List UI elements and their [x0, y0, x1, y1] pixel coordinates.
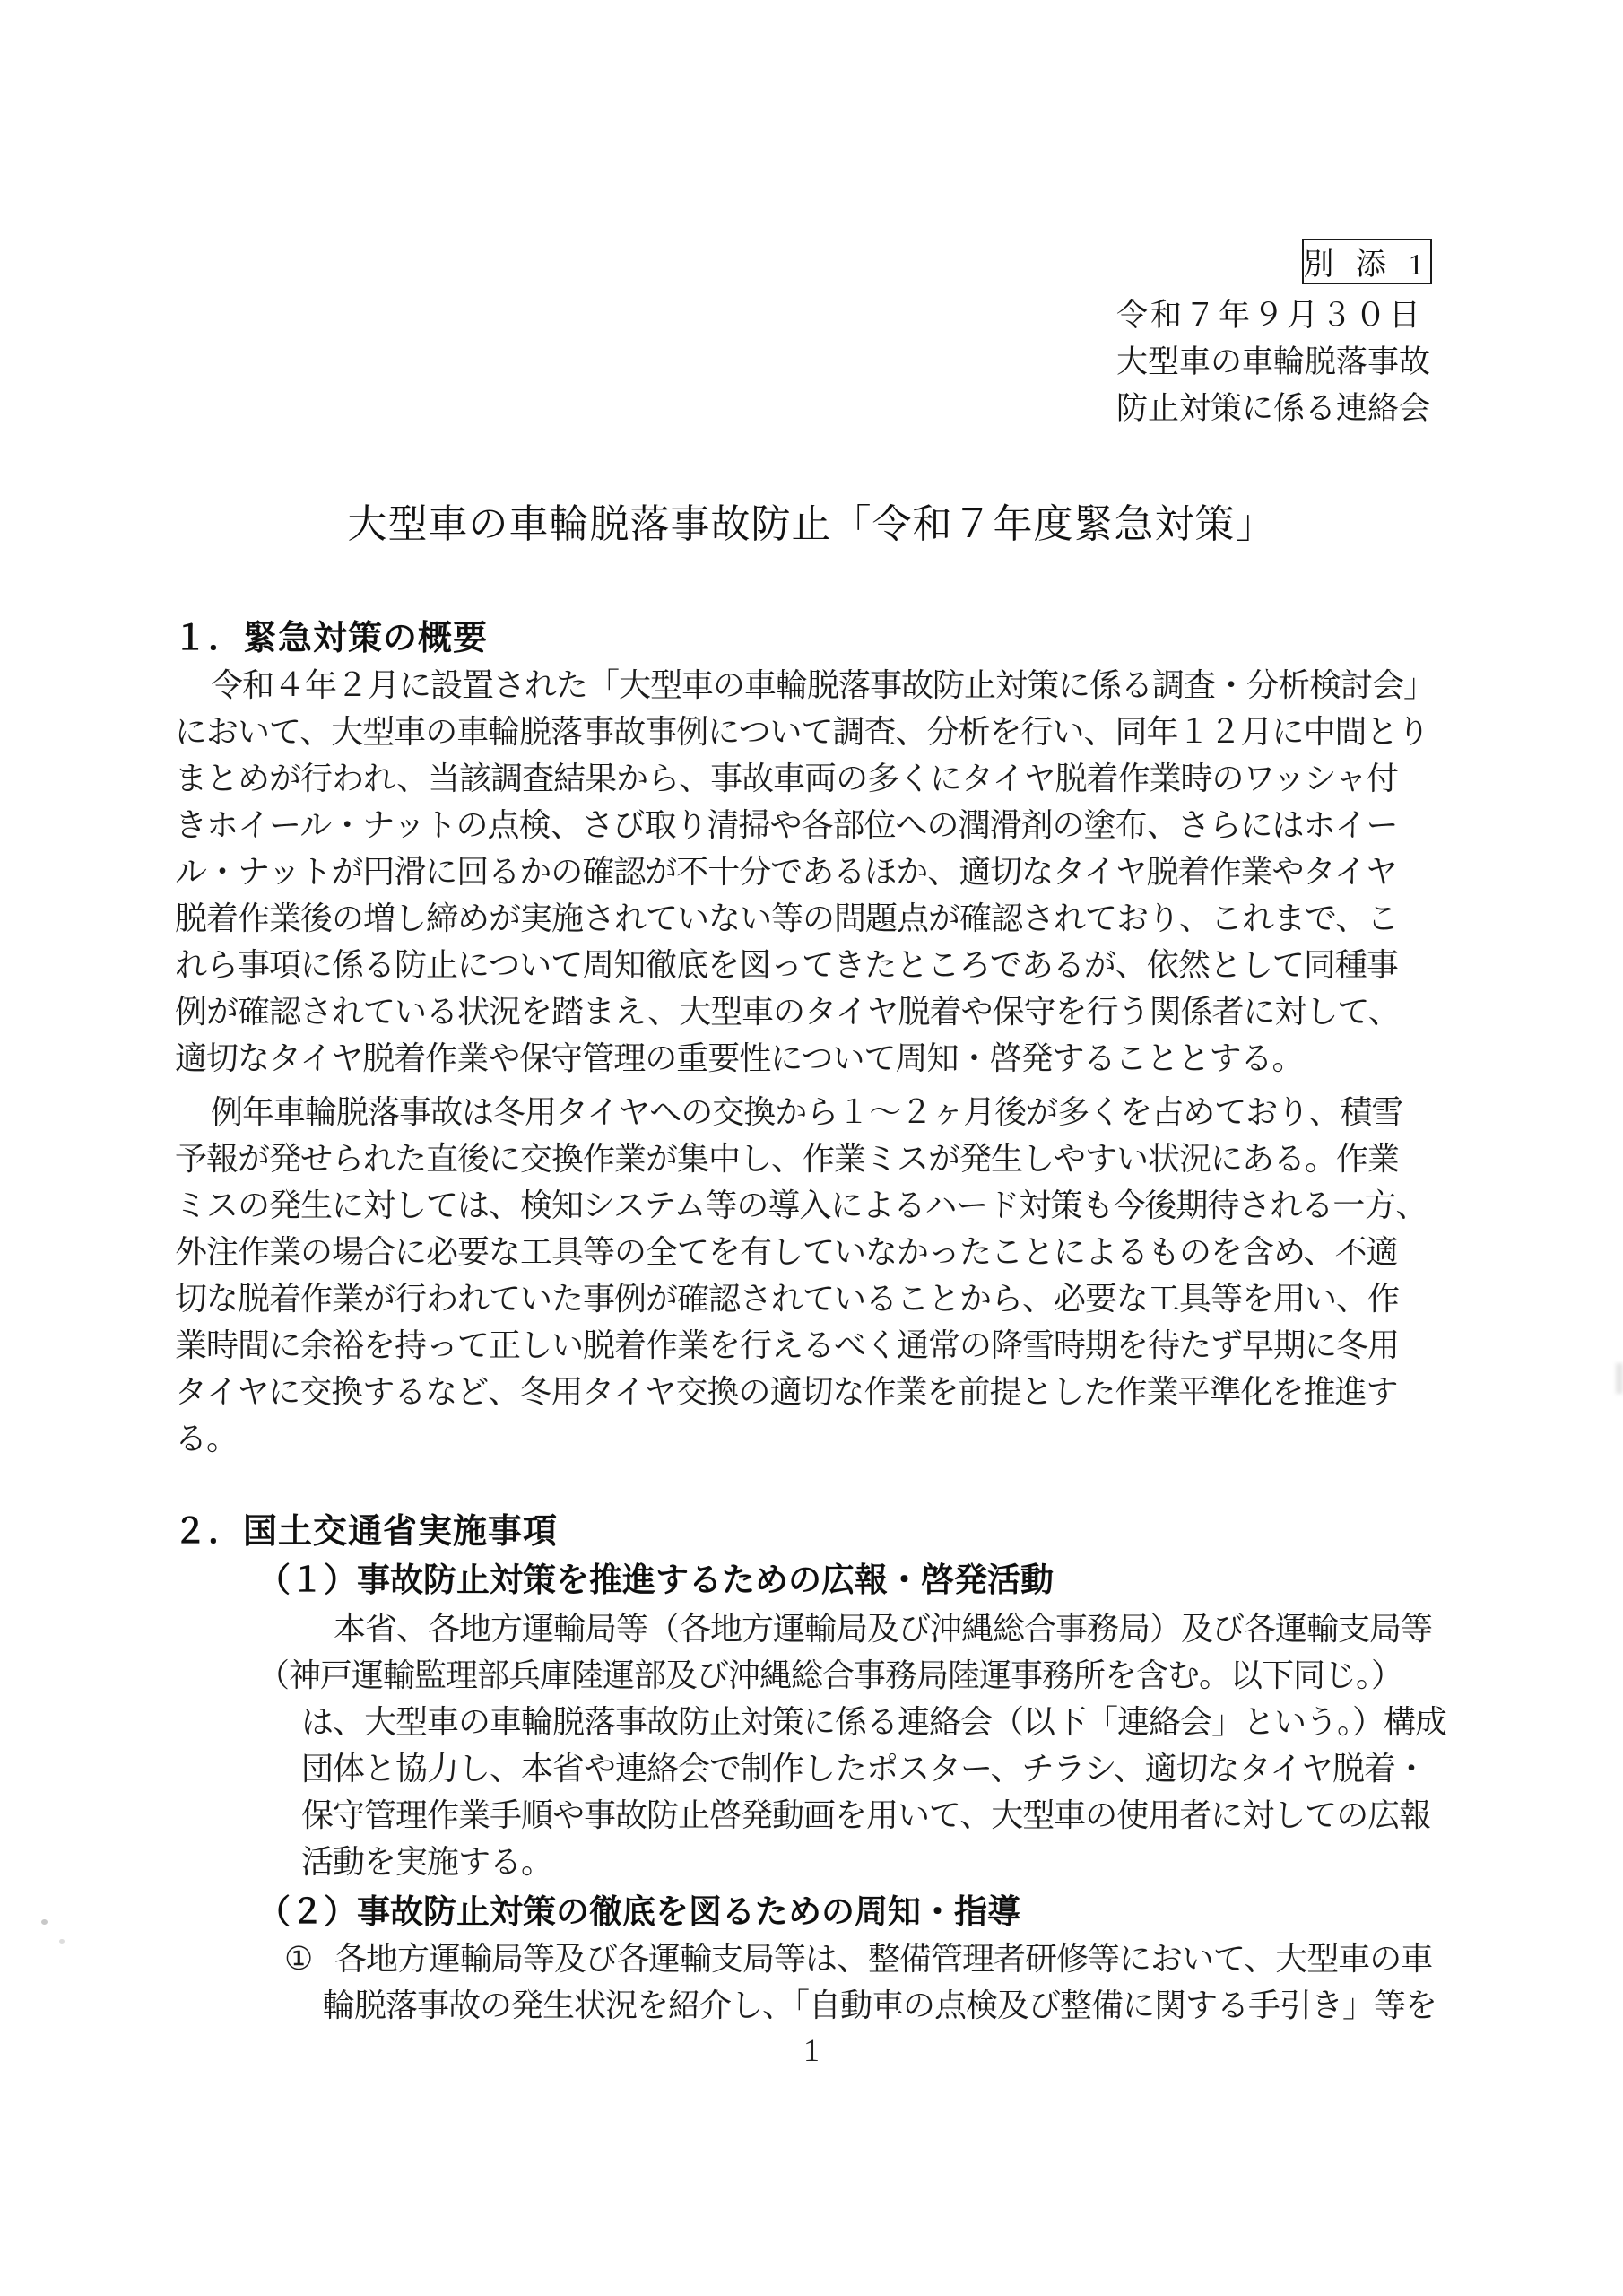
text-line: ル・ナットが円滑に回るかの確認が不十分であるほか、適切なタイヤ脱着作業やタイヤ — [175, 848, 1466, 895]
text-line: 例年車輪脱落事故は冬用タイヤへの交換から１～２ヶ月後が多くを占めており、積雪 — [175, 1089, 1466, 1135]
text-line: 業時間に余裕を持って正しい脱着作業を行えるべく通常の降雪時期を待たず早期に冬用 — [175, 1322, 1466, 1369]
text-line: 輪脱落事故の発生状況を紹介し、「自動車の点検及び整備に関する手引き」等を — [284, 1982, 1540, 2029]
header-meta-block: 令和７年９月３０日 大型車の車輪脱落事故 防止対策に係る連絡会 — [1116, 292, 1432, 432]
text-line: 予報が発せられた直後に交換作業が集中し、作業ミスが発生しやすい状況にある。作業 — [175, 1135, 1466, 1182]
circled-number-marker: ① — [284, 1935, 334, 1982]
text-line: ①各地方運輸局等及び各運輸支局等は、整備管理者研修等において、大型車の車 — [284, 1935, 1540, 1982]
text-line: 切な脱着作業が行われていた事例が確認されていることから、必要な工具等を用い、作 — [175, 1275, 1466, 1322]
date-line: 令和７年９月３０日 — [1116, 292, 1432, 339]
section2-sub1-heading: （１）事故防止対策を推進するための広報・啓発活動 — [257, 1557, 1054, 1604]
text-line: ミスの発生に対しては、検知システム等の導入によるハード対策も今後期待される一方、 — [175, 1182, 1466, 1229]
scan-smudge — [1616, 1363, 1623, 1394]
section2-sub2-heading: （２）事故防止対策の徹底を図るための周知・指導 — [257, 1889, 1020, 1935]
text-line: まとめが行われ、当該調査結果から、事故車両の多くにタイヤ脱着作業時のワッシャ付 — [175, 755, 1466, 802]
page-number: 1 — [0, 2027, 1623, 2074]
text-line: 令和４年２月に設置された「大型車の車輪脱落事故防止対策に係る調査・分析検討会」 — [175, 662, 1466, 709]
section1-heading: １．緊急対策の概要 — [173, 615, 488, 662]
text-line: 保守管理作業手順や事故防止啓発動画を用いて、大型車の使用者に対しての広報 — [0, 1792, 1623, 1839]
section2-heading: ２．国土交通省実施事項 — [173, 1509, 558, 1555]
text-line: 適切なタイヤ脱着作業や保守管理の重要性について周知・啓発することとする。 — [175, 1035, 1466, 1082]
issuer-line-2: 防止対策に係る連絡会 — [1116, 386, 1432, 432]
text-line: 例が確認されている状況を踏まえ、大型車のタイヤ脱着や保守を行う関係者に対して、 — [175, 988, 1466, 1035]
text-line: きホイール・ナットの点検、さび取り清掃や各部位への潤滑剤の塗布、さらにはホイー — [175, 802, 1466, 848]
scan-speck — [59, 1939, 65, 1944]
section2-sub1-body: 本省、各地方運輸局等（各地方運輸局及び沖縄総合事務局）及び各運輸支局等 （神戸運… — [0, 1605, 1623, 1885]
text-line: る。 — [175, 1415, 1466, 1462]
document-page: 別 添 1 令和７年９月３０日 大型車の車輪脱落事故 防止対策に係る連絡会 大型… — [0, 0, 1623, 2296]
section2-sub2-item1: ①各地方運輸局等及び各運輸支局等は、整備管理者研修等において、大型車の車 輪脱落… — [284, 1935, 1540, 2029]
text-line: 本省、各地方運輸局等（各地方運輸局及び沖縄総合事務局）及び各運輸支局等 — [0, 1605, 1623, 1652]
text-line: れら事項に係る防止について周知徹底を図ってきたところであるが、依然として同種事 — [175, 942, 1466, 988]
text-line: タイヤに交換するなど、冬用タイヤ交換の適切な作業を前提とした作業平準化を推進す — [175, 1369, 1466, 1415]
attachment-tag-label: 別 添 1 — [1304, 239, 1431, 283]
text-line: （神戸運輸監理部兵庫陸運部及び沖縄総合事務局陸運事務所を含む。以下同じ。） — [0, 1652, 1623, 1699]
text-line: において、大型車の車輪脱落事故事例について調査、分析を行い、同年１２月に中間とり — [175, 709, 1466, 755]
section1-paragraph1: 令和４年２月に設置された「大型車の車輪脱落事故防止対策に係る調査・分析検討会」 … — [175, 662, 1466, 1082]
section1-paragraph2: 例年車輪脱落事故は冬用タイヤへの交換から１～２ヶ月後が多くを占めており、積雪 予… — [175, 1089, 1466, 1462]
scan-speck — [41, 1919, 48, 1925]
item-text: 各地方運輸局等及び各運輸支局等は、整備管理者研修等において、大型車の車 — [334, 1941, 1432, 1977]
text-line: 脱着作業後の増し締めが実施されていない等の問題点が確認されており、これまで、こ — [175, 895, 1466, 942]
text-line: は、大型車の車輪脱落事故防止対策に係る連絡会（以下「連絡会」という。）構成 — [0, 1699, 1623, 1745]
text-line: 外注作業の場合に必要な工具等の全てを有していなかったことによるものを含め、不適 — [175, 1229, 1466, 1275]
attachment-tag-box: 別 添 1 — [1302, 239, 1432, 284]
document-title: 大型車の車輪脱落事故防止「令和７年度緊急対策」 — [0, 491, 1623, 549]
text-line: 活動を実施する。 — [0, 1839, 1623, 1885]
text-line: 団体と協力し、本省や連絡会で制作したポスター、チラシ、適切なタイヤ脱着・ — [0, 1745, 1623, 1792]
issuer-line-1: 大型車の車輪脱落事故 — [1116, 339, 1432, 386]
